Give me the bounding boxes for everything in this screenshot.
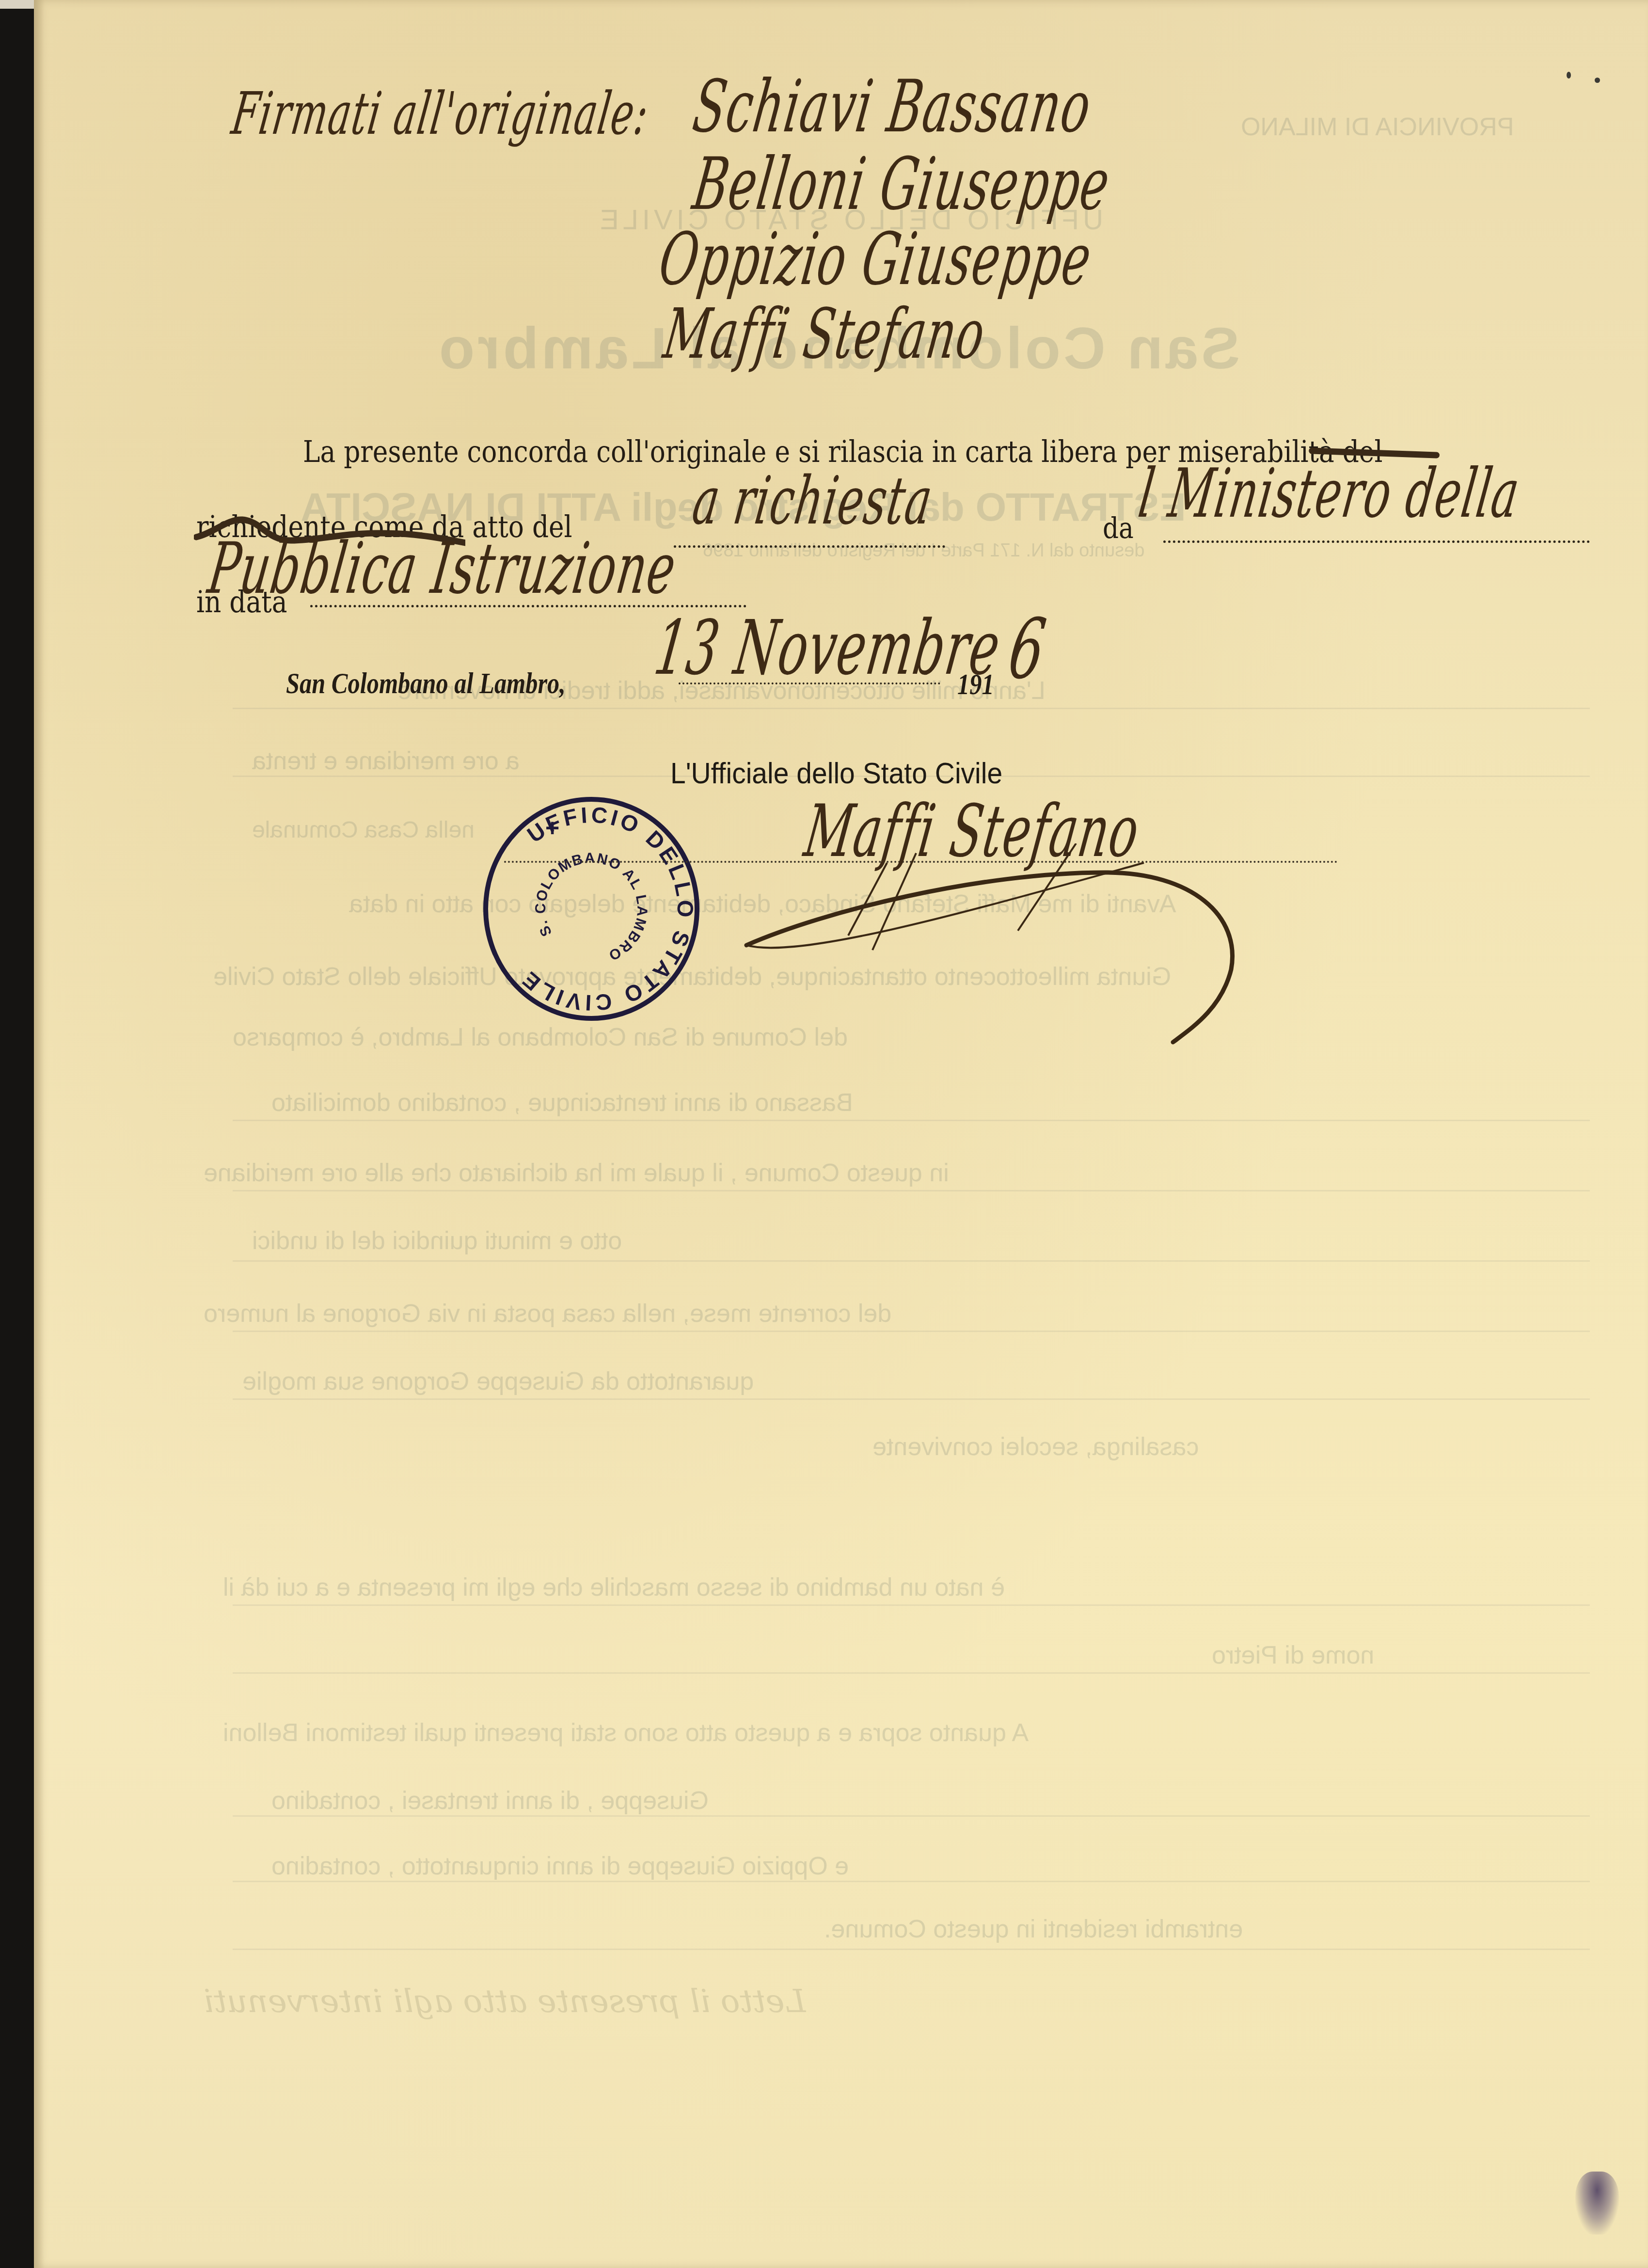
official-stamp: UFFICIO DELLO STATO CIVILE S. COLOMBANO … — [477, 795, 705, 1023]
signature-name-3: Oppizio Giuseppe — [654, 217, 1097, 301]
bleed-body-line: casalinga, secolei convivente — [872, 1432, 1199, 1461]
connector-da: da — [1103, 511, 1134, 545]
dotted-blank-1 — [674, 545, 945, 548]
bleed-body-line: in questo Comune , il quale mi ha dichia… — [204, 1158, 949, 1188]
stamp-outer-text: UFFICIO DELLO STATO CIVILE — [477, 795, 705, 1023]
handwritten-a-richiesta: a richiesta — [688, 462, 937, 539]
bleed-body-line: Giuseppe , di anni trentasei , contadino — [271, 1786, 709, 1815]
bleed-body-line: e Oppizio Giuseppe di anni cinquantotto … — [271, 1852, 849, 1881]
firmati-prefix: Firmati all'originale: — [228, 80, 653, 148]
official-title: L'Ufficiale dello Stato Civile — [670, 756, 1002, 791]
bleed-body-line: entrambi residenti in questo Comune. — [824, 1915, 1243, 1944]
signature-name-2: Belloni Giuseppe — [688, 142, 1115, 226]
bleed-body-line: A quanto sopra e a questo atto sono stat… — [223, 1718, 1029, 1747]
bleed-body-line: è nato un bambino di sesso maschile che … — [223, 1573, 1005, 1602]
place-name: San Colombano al Lambro, — [286, 666, 566, 700]
signature-flourish — [727, 843, 1333, 1047]
scanner-top-edge — [0, 0, 39, 9]
bleed-body-line: otto e minuti quindici del di undici — [252, 1226, 622, 1255]
bleed-body-line: quarantotto da Giuseppe Gorgone sua mogl… — [242, 1367, 754, 1396]
handwritten-date: 13 Novembre — [650, 604, 1006, 692]
bleed-body-line: del corrente mese, nella casa posta in v… — [204, 1299, 891, 1328]
svg-text:UFFICIO DELLO STATO CIVILE: UFFICIO DELLO STATO CIVILE — [477, 795, 705, 1023]
purple-crayon-mark — [1575, 2172, 1619, 2235]
bleed-body-line: nella Casa Comunale — [252, 817, 475, 843]
stamp-cross-mark: + — [545, 814, 559, 841]
signature-name-4: Maffi Stefano — [659, 294, 990, 374]
year-printed: 191 — [957, 667, 994, 701]
dotted-blank-2 — [1163, 540, 1590, 543]
handwritten-pubblica-istruzione: Pubblica Istruzione — [204, 528, 681, 610]
bleed-body-line: nome di Pietro — [1212, 1641, 1374, 1670]
handwritten-ministero: l Ministero della — [1134, 454, 1524, 533]
dotted-date-blank — [679, 682, 940, 684]
bleed-header-province: PROVINCIA DI MILANO — [1241, 112, 1514, 142]
bleed-body-line: a ore meridiane e trenta — [252, 746, 520, 776]
page-edge-shadow — [34, 0, 45, 2268]
signature-name-1: Schiavi Bassano — [688, 64, 1096, 149]
bleed-body-line: Bassano di anni trentacinque , contadino… — [271, 1088, 853, 1117]
bleed-body-line: Letto il presente atto agli intervenuti — [204, 1983, 806, 2020]
scanner-black-border — [0, 0, 34, 2268]
bleed-header-desunto: desunto dal N. 171 Parte I del Registro … — [703, 540, 1144, 561]
